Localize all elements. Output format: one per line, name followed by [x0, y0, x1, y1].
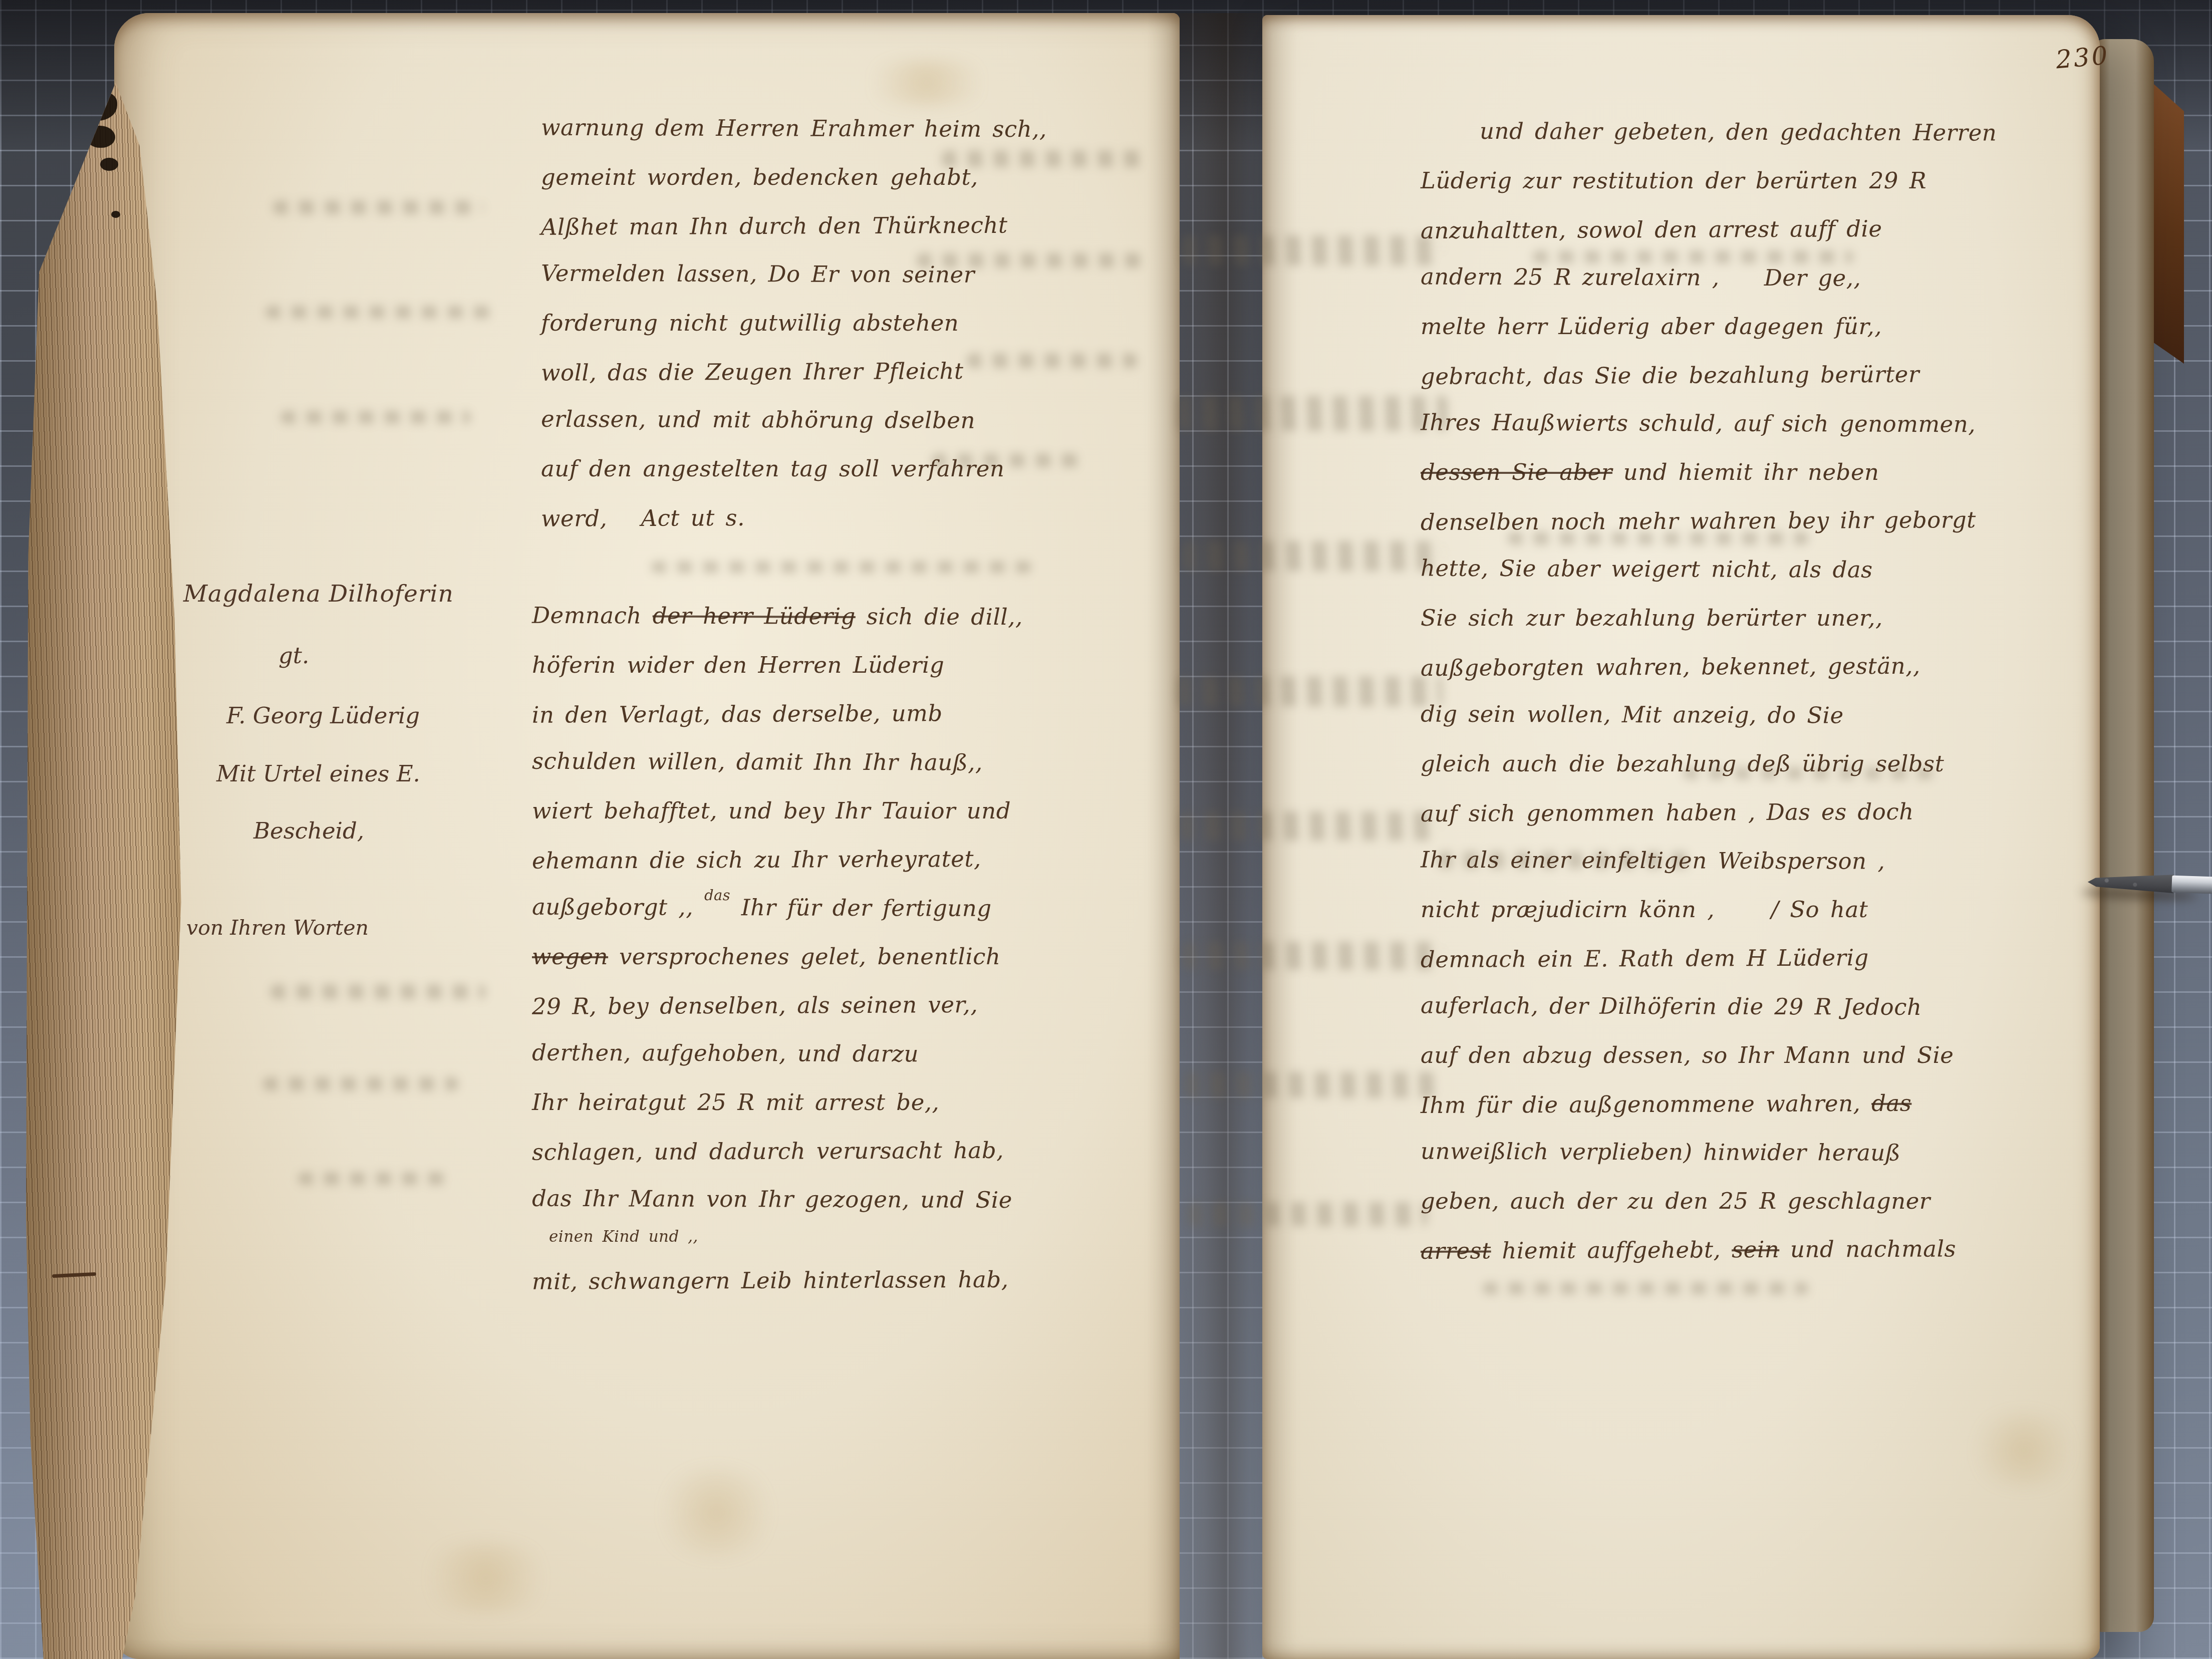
handwritten-line: Ihm für die außgenommene wahren, das [1421, 1078, 2117, 1130]
handwritten-line: unweißlich verplieben) hinwider herauß [1421, 1127, 2117, 1178]
ink-blot [100, 158, 118, 171]
handwritten-line: ehemann die sich zu Ihr verheyratet, [532, 834, 1183, 885]
handwritten-line: auf den angestelten tag soll verfahren [541, 444, 1177, 493]
handwritten-line: in den Verlagt, das derselbe, umb [532, 688, 1183, 739]
handwritten-line: wegen versprochenes gelet, benentlich [532, 932, 1183, 981]
handwritten-line: anzuhaltten, sowol den arrest auff die [1421, 203, 2117, 255]
handwritten-line: forderung nicht gutwillig abstehen [541, 299, 1177, 347]
handwritten-line: dig sein wollen, Mit anzeig, do Sie [1421, 690, 2117, 741]
left-page-paragraph-2: Demnach der herr Lüderig sich die dill,,… [532, 592, 1183, 1304]
handwritten-line: schulden willen, damit Ihn Ihr hauß,, [532, 737, 1183, 788]
metal-pointer [2087, 858, 2212, 904]
margin-note-ruling-2: Bescheid, [253, 817, 364, 844]
handwritten-line: auf den abzug dessen, so Ihr Mann und Si… [1421, 1031, 2117, 1079]
page-number: 230 [2055, 41, 2111, 74]
handwritten-line: demnach ein E. Rath dem H Lüderig [1421, 932, 2117, 984]
handwritten-line: Ihr heiratgut 25 R mit arrest be,, [532, 1078, 1183, 1127]
handwritten-line: derthen, aufgehoben, und darzu [532, 1028, 1183, 1079]
handwritten-line: höferin wider den Herren Lüderig [532, 641, 1183, 689]
handwritten-line: melte herr Lüderig aber dagegen für,, [1421, 302, 2117, 351]
handwritten-line: denselben noch mehr wahren bey ihr gebor… [1421, 495, 2117, 546]
handwritten-line: erlassen, und mit abhörung dselben [541, 395, 1177, 445]
handwritten-line: dessen Sie aber und hiemit ihr neben [1421, 448, 2117, 496]
handwritten-line: werd, Act ut s. [541, 491, 1177, 543]
ink-blot [111, 211, 120, 218]
handwritten-line: warnung dem Herren Erahmer heim sch,, [541, 103, 1177, 154]
margin-side-note: von Ihren Worten [186, 916, 369, 940]
right-page-text: und daher gebeten, den gedachten HerrenL… [1421, 108, 2117, 1274]
handwritten-line: auf sich genommen haben , Das es doch [1421, 786, 2117, 838]
handwritten-line: andern 25 R zurelaxirn , Der ge,, [1421, 252, 2117, 304]
handwritten-line: schlagen, und dadurch verursacht hab, [532, 1125, 1183, 1177]
handwritten-line: geben, auch der zu den 25 R geschlagner [1421, 1177, 2117, 1225]
handwritten-line: Sie sich zur bezahlung berürter uner,, [1421, 594, 2117, 642]
handwritten-line: gemeint worden, bedencken gehabt, [541, 153, 1177, 201]
handwritten-line: Alßhet man Ihn durch den Thürknecht [541, 200, 1177, 251]
handwritten-line: hette, Sie aber weigert nicht, als das [1421, 544, 2117, 595]
handwritten-line: 29 R, bey denselben, als seinen ver,, [532, 979, 1183, 1031]
handwritten-line: und daher gebeten, den gedachten Herren [1421, 107, 2117, 158]
handwritten-line: mit, schwangern Leib hinterlassen hab, [532, 1254, 1183, 1306]
handwritten-line: arrest hiemit auffgehebt, sein und nachm… [1421, 1224, 2117, 1275]
handwritten-line: Vermelden lassen, Do Er von seiner [541, 249, 1177, 300]
handwritten-line: woll, das die Zeugen Ihrer Pfleicht [541, 346, 1177, 397]
manuscript-photo: 230 Magdalena Dilhoferin gt. F. Georg Lü… [0, 0, 2212, 1659]
handwritten-line: nicht præjudicirn könn , / So hat [1421, 885, 2117, 934]
handwritten-line: Demnach der herr Lüderig sich die dill,, [532, 591, 1183, 642]
margin-note-name: Magdalena Dilhoferin [183, 580, 454, 608]
margin-note-party: F. Georg Lüderig [226, 702, 420, 729]
left-page-paragraph-1: warnung dem Herren Erahmer heim sch,,gem… [541, 104, 1177, 541]
pointer-shaft [2171, 876, 2212, 894]
margin-note-ruling-1: Mit Urtel eines E. [216, 760, 420, 787]
handwritten-line: Ihres Haußwierts schuld, auf sich genomm… [1421, 398, 2117, 449]
margin-note-abbrev: gt. [279, 642, 309, 669]
handwritten-line: das Ihr Mann von Ihr gezogen, und Sie [532, 1174, 1183, 1225]
handwritten-line: Lüderig zur restitution der berürten 29 … [1421, 156, 2117, 205]
handwritten-line: außgeborgten wahren, bekennet, gestän,, [1421, 641, 2117, 692]
handwritten-line: einen Kind und ,, [532, 1224, 1183, 1256]
handwritten-line: wiert behafftet, und bey Ihr Tauior und [532, 786, 1183, 835]
handwritten-line: außgeborgt ,, das Ihr für der fertigung [532, 883, 1183, 934]
handwritten-line: gleich auch die bezahlung deß übrig selb… [1421, 739, 2117, 788]
handwritten-line: auferlach, der Dilhöferin die 29 R Jedoc… [1421, 981, 2117, 1032]
handwritten-line: gebracht, das Sie die bezahlung berürter [1421, 349, 2117, 401]
handwritten-line: Ihr als einer einfeltigen Weibsperson , [1421, 836, 2117, 887]
